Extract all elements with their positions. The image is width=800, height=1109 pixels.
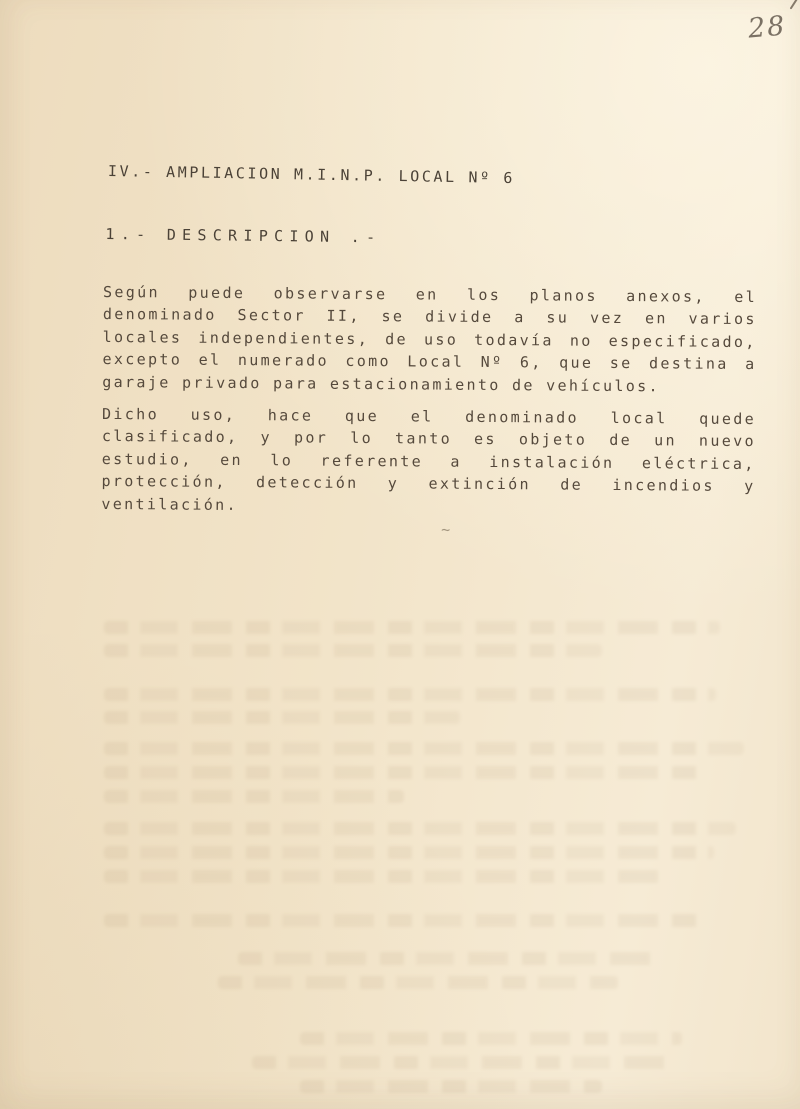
bleedthrough-line bbox=[300, 1080, 602, 1093]
bleedthrough-line bbox=[104, 688, 716, 701]
bleedthrough-line bbox=[104, 621, 720, 634]
stray-pen-mark: ~ bbox=[441, 521, 450, 539]
paragraph-1: Según puede observarse en los planos ane… bbox=[102, 281, 757, 398]
paragraph-1-line: garaje privado para estacionamiento de v… bbox=[102, 371, 756, 399]
bleedthrough-line bbox=[104, 914, 702, 927]
section-heading: IV.- AMPLIACION M.I.N.P. LOCAL Nº 6 bbox=[108, 162, 515, 187]
bleedthrough-line bbox=[252, 1056, 670, 1069]
bleedthrough-line bbox=[104, 742, 744, 755]
bleedthrough-line bbox=[104, 766, 704, 779]
subsection-heading: 1.- DESCRIPCION .- bbox=[105, 225, 381, 246]
bleedthrough-line bbox=[104, 711, 460, 724]
bleedthrough-line bbox=[300, 1032, 682, 1045]
typewritten-content: IV.- AMPLIACION M.I.N.P. LOCAL Nº 6 1.- … bbox=[0, 0, 800, 1109]
bleedthrough-line bbox=[104, 790, 404, 803]
bleedthrough-line bbox=[104, 644, 602, 657]
bleedthrough-line bbox=[104, 822, 736, 835]
bleedthrough-line bbox=[238, 952, 658, 965]
bleedthrough-line bbox=[104, 846, 714, 859]
bleedthrough-line bbox=[218, 976, 618, 989]
paragraph-2: Dicho uso, hace que el denominado local … bbox=[101, 403, 756, 520]
bleedthrough-line bbox=[104, 870, 660, 883]
